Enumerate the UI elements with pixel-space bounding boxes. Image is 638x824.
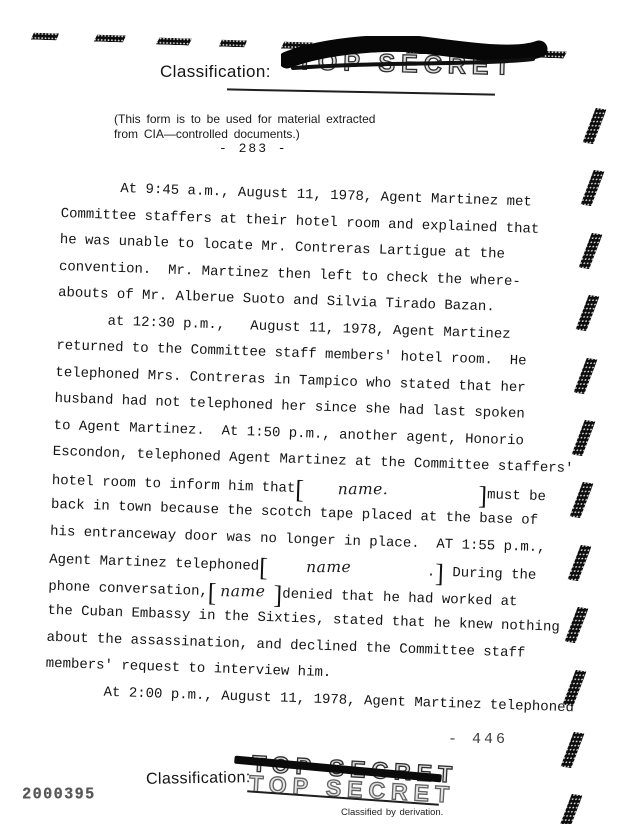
bracket-gap <box>268 569 306 571</box>
form-note-line1: (This form is to be used for material ex… <box>114 112 375 127</box>
bracket-gap <box>351 572 427 576</box>
border-dash <box>218 39 246 47</box>
handwritten-name: name <box>221 578 266 605</box>
typed-text: must be <box>487 487 546 505</box>
classification-underline-top <box>227 88 495 95</box>
form-note: (This form is to be used for material ex… <box>114 112 375 142</box>
border-dash <box>156 37 192 45</box>
page-number: - 283 - <box>219 141 288 156</box>
edge-hatch-mark <box>560 732 585 768</box>
form-note-line2: from CIA—controlled documents.) <box>114 127 375 142</box>
typed-text: members' request to interview him. <box>45 656 331 681</box>
edge-hatch-mark <box>582 108 607 144</box>
derivation-note: Classified by derivation. <box>341 807 443 818</box>
typed-body: At 9:45 a.m., August 11, 1978, Agent Mar… <box>44 174 606 722</box>
edge-hatch-mark <box>558 794 583 824</box>
typed-text: phone conversation, <box>48 578 208 599</box>
classification-label-top: Classification: <box>160 62 271 82</box>
bracket-gap <box>388 493 478 497</box>
handwritten-name: name <box>306 554 351 581</box>
document-number-stamp: 2000395 <box>22 785 96 804</box>
bracket-gap <box>304 491 338 493</box>
redaction-scribble <box>281 36 549 76</box>
handwritten-name: name. <box>338 476 389 503</box>
border-dash <box>93 35 125 43</box>
border-dash <box>31 33 59 41</box>
typed-text: Agent Martinez telephoned <box>49 552 259 575</box>
classification-label-bottom: Classification: <box>146 769 251 789</box>
page-stamp: - 446 <box>448 731 508 748</box>
typed-text: During the <box>444 565 537 584</box>
document-page: Classification: TOP SECRET (This form is… <box>0 0 638 824</box>
